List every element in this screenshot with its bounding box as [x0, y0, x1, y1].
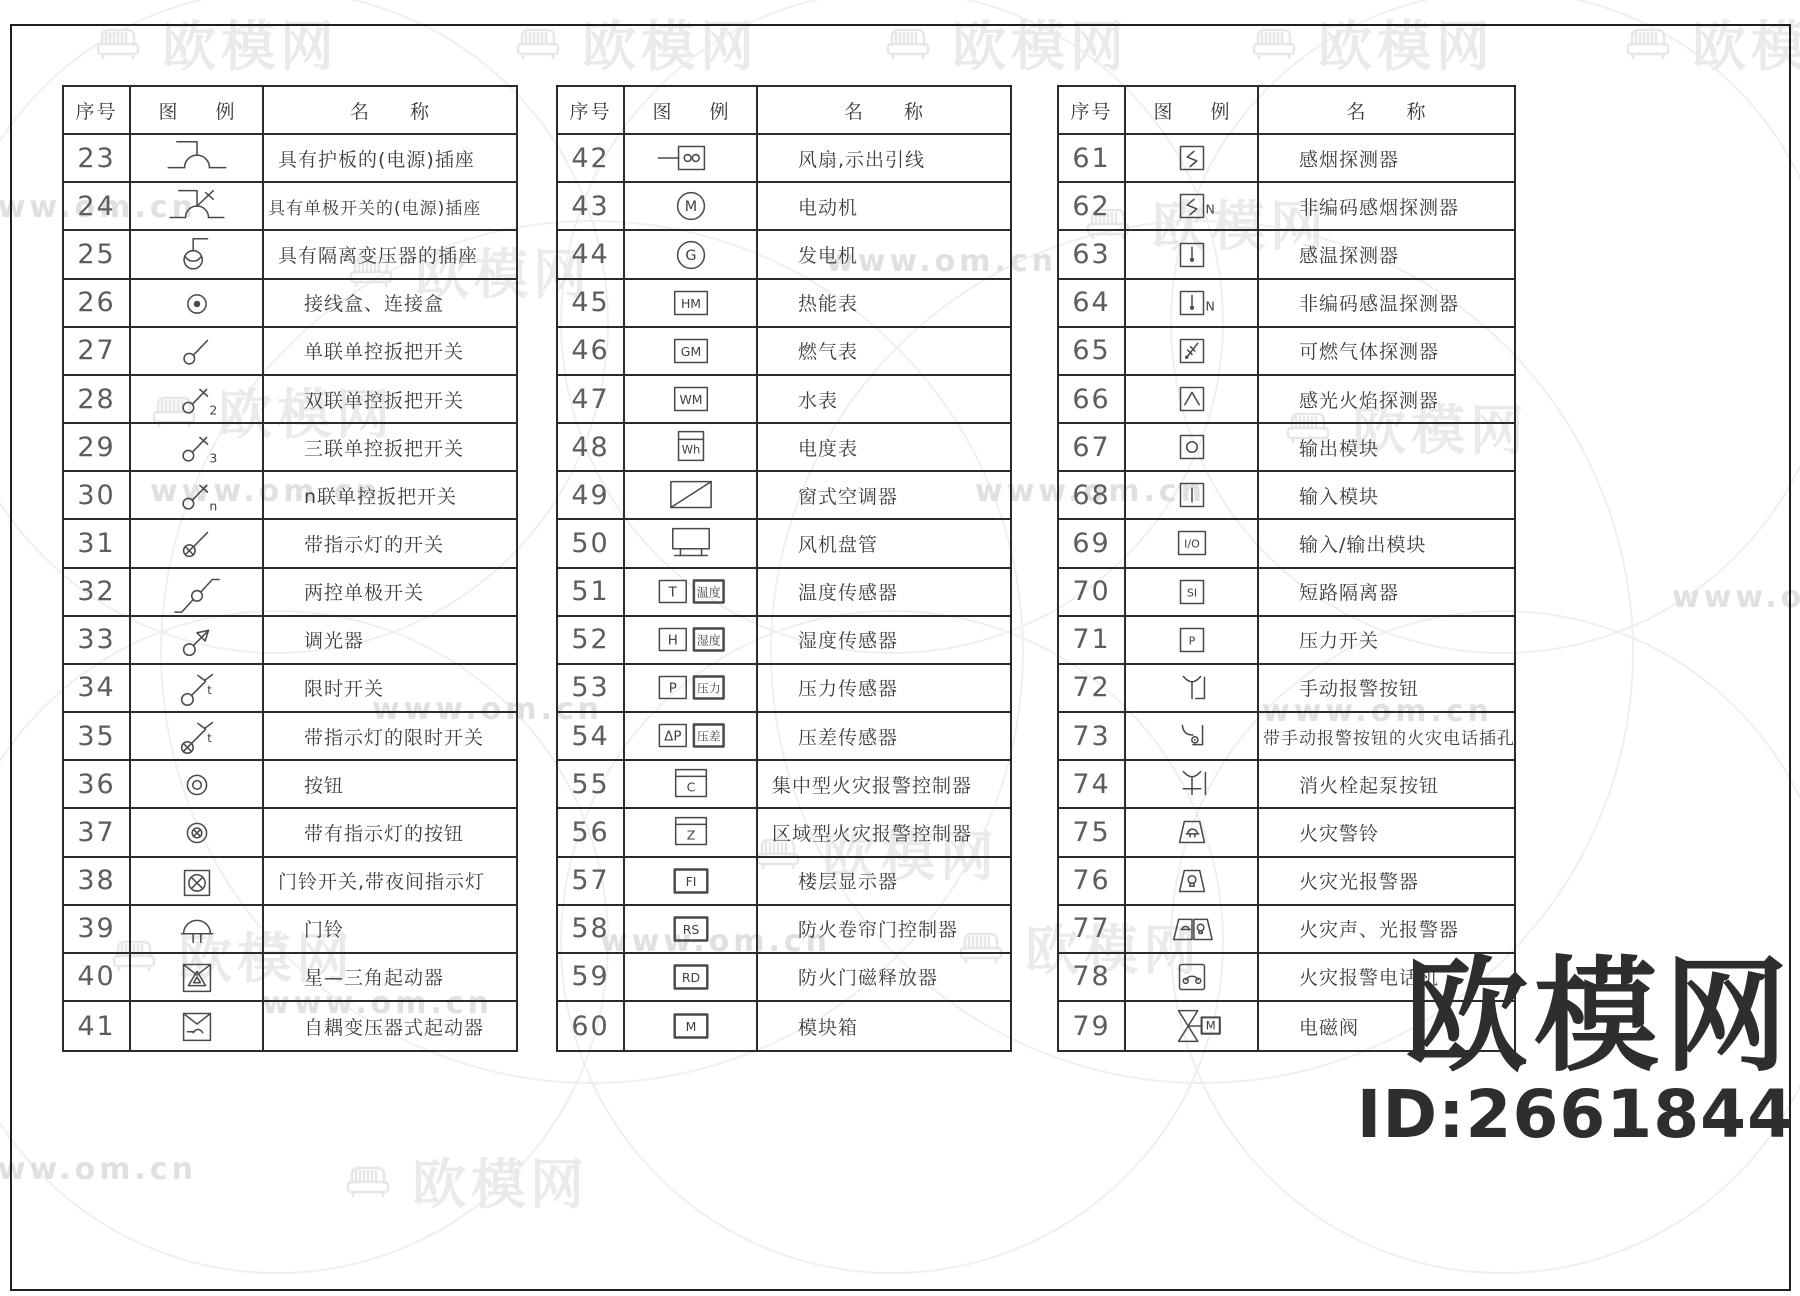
- fire-strobe-icon: [1129, 858, 1255, 904]
- legend-row: 68 输入模块: [1059, 472, 1514, 520]
- name-cell: 带手动报警按钮的火灾电话插孔: [1259, 713, 1515, 761]
- name-cell: 水表: [758, 376, 1010, 424]
- heat-detector-icon: N: [1129, 280, 1255, 326]
- legend-row: 24 具有单极开关的(电源)插座: [64, 183, 516, 231]
- name-cell: 电磁阀: [1259, 1002, 1514, 1050]
- name-cell: 火灾声、光报警器: [1259, 906, 1514, 954]
- row-number: 61: [1059, 135, 1126, 183]
- gas-detector-icon: [1129, 328, 1255, 374]
- row-number: 63: [1059, 231, 1126, 279]
- header-no: 序号: [558, 87, 625, 135]
- name-cell: n联单控扳把开关: [264, 472, 516, 520]
- controller-topbar-icon: Z: [628, 809, 754, 855]
- legend-row: 74 消火栓起泵按钮: [1059, 761, 1514, 809]
- legend-row: 55 C 集中型火灾报警控制器: [558, 761, 1010, 809]
- symbol-cell: N: [1126, 280, 1259, 328]
- legend-row: 32 两控单极开关: [64, 569, 516, 617]
- socket-plate-icon: [134, 135, 260, 181]
- svg-text:M: M: [685, 1019, 696, 1034]
- legend-row: 50 风机盘管: [558, 520, 1010, 568]
- name-cell: 接线盒、连接盒: [264, 280, 516, 328]
- name-cell: 发电机: [758, 231, 1010, 279]
- row-number: 55: [558, 761, 625, 809]
- symbol-cell: [131, 761, 264, 809]
- symbol-cell: [131, 135, 264, 183]
- box-bold-icon: FI: [628, 858, 754, 904]
- row-number: 45: [558, 280, 625, 328]
- symbol-cell: Z: [625, 809, 758, 857]
- row-number: 54: [558, 713, 625, 761]
- symbol-cell: [131, 231, 264, 279]
- name-cell: 限时开关: [264, 665, 516, 713]
- symbol-cell: G: [625, 231, 758, 279]
- symbol-cell: N: [1126, 183, 1259, 231]
- header-name: 名 称: [758, 87, 1010, 135]
- legend-row: 51 T温度 温度传感器: [558, 569, 1010, 617]
- row-number: 51: [558, 569, 625, 617]
- symbol-cell: M: [625, 1002, 758, 1050]
- doorbell-switch-icon: [134, 858, 260, 904]
- row-number: 29: [64, 424, 131, 472]
- name-cell: 调光器: [264, 617, 516, 665]
- svg-text:M: M: [684, 199, 696, 215]
- legend-row: 49 窗式空调器: [558, 472, 1010, 520]
- circle-label-icon: M: [628, 183, 754, 229]
- row-number: 25: [64, 231, 131, 279]
- row-number: 78: [1059, 954, 1126, 1002]
- name-cell: 带有指示灯的按钮: [264, 809, 516, 857]
- row-number: 24: [64, 183, 131, 231]
- symbol-cell: HM: [625, 280, 758, 328]
- legend-row: 63 感温探测器: [1059, 231, 1514, 279]
- name-cell: 压差传感器: [758, 713, 1010, 761]
- legend-row: 34 t 限时开关: [64, 665, 516, 713]
- name-cell: 热能表: [758, 280, 1010, 328]
- name-cell: 三联单控扳把开关: [264, 424, 516, 472]
- socket-switch-icon: [134, 183, 260, 229]
- square-label-icon: P: [1129, 617, 1255, 663]
- symbol-cell: 3: [131, 424, 264, 472]
- symbol-cell: P: [1126, 617, 1259, 665]
- row-number: 43: [558, 183, 625, 231]
- symbol-cell: T温度: [625, 569, 758, 617]
- row-number: 73: [1059, 713, 1126, 761]
- row-number: 57: [558, 858, 625, 906]
- symbol-cell: [1126, 906, 1259, 954]
- name-cell: 压力开关: [1259, 617, 1514, 665]
- name-cell: 感温探测器: [1259, 231, 1514, 279]
- name-cell: 双联单控扳把开关: [264, 376, 516, 424]
- name-cell: 非编码感烟探测器: [1259, 183, 1514, 231]
- row-number: 42: [558, 135, 625, 183]
- row-number: 40: [64, 954, 131, 1002]
- row-number: 71: [1059, 617, 1126, 665]
- symbol-cell: [1126, 713, 1259, 761]
- row-number: 60: [558, 1002, 625, 1050]
- square-label-icon: I/O: [1129, 520, 1255, 566]
- header-symbol: 图 例: [1126, 87, 1259, 135]
- junction-box-icon: [134, 280, 260, 326]
- table-header-row: 序号 图 例 名 称: [1059, 87, 1514, 135]
- smoke-detector-icon: [1129, 135, 1255, 181]
- name-cell: 手动报警按钮: [1259, 665, 1514, 713]
- symbol-cell: [1126, 858, 1259, 906]
- row-number: 75: [1059, 809, 1126, 857]
- symbol-cell: GM: [625, 328, 758, 376]
- symbol-cell: Wh: [625, 424, 758, 472]
- symbol-cell: [1126, 376, 1259, 424]
- push-button-lamp-icon: [134, 809, 260, 855]
- legend-row: 67 输出模块: [1059, 424, 1514, 472]
- svg-text:RD: RD: [681, 970, 699, 985]
- hydrant-pump-button-icon: [1129, 761, 1255, 807]
- row-number: 34: [64, 665, 131, 713]
- switch-multi-icon: 2: [134, 376, 260, 422]
- name-cell: 电度表: [758, 424, 1010, 472]
- row-number: 56: [558, 809, 625, 857]
- legend-row: 61 感烟探测器: [1059, 135, 1514, 183]
- row-number: 37: [64, 809, 131, 857]
- svg-text:2: 2: [209, 402, 217, 417]
- row-number: 44: [558, 231, 625, 279]
- box-bold-icon: M: [628, 1003, 754, 1049]
- doorbell-icon: [134, 906, 260, 952]
- time-switch-icon: t: [134, 665, 260, 711]
- name-cell: 电动机: [758, 183, 1010, 231]
- row-number: 33: [64, 617, 131, 665]
- row-number: 46: [558, 328, 625, 376]
- box-label-icon: GM: [628, 328, 754, 374]
- box-label-icon: HM: [628, 280, 754, 326]
- symbol-cell: [1126, 472, 1259, 520]
- legend-row: 40 星—三角起动器: [64, 954, 516, 1002]
- row-number: 53: [558, 665, 625, 713]
- row-number: 23: [64, 135, 131, 183]
- symbol-cell: [131, 906, 264, 954]
- legend-table-3: 序号 图 例 名 称 61 感烟探测器 62 N 非编码感烟探测器 63 感温探…: [1057, 85, 1516, 1052]
- name-cell: 区域型火灾报警控制器: [758, 809, 1010, 857]
- autotransformer-starter-icon: [134, 1003, 260, 1049]
- legend-row: 43 M 电动机: [558, 183, 1010, 231]
- legend-row: 26 接线盒、连接盒: [64, 280, 516, 328]
- symbol-cell: I/O: [1126, 520, 1259, 568]
- legend-row: 64 N 非编码感温探测器: [1059, 280, 1514, 328]
- svg-text:C: C: [686, 780, 695, 795]
- push-button-icon: [134, 761, 260, 807]
- name-cell: 带指示灯的开关: [264, 520, 516, 568]
- name-cell: 消火栓起泵按钮: [1259, 761, 1514, 809]
- legend-row: 36 按钮: [64, 761, 516, 809]
- symbol-cell: [131, 183, 264, 231]
- name-cell: 火灾光报警器: [1259, 858, 1514, 906]
- legend-row: 30 n n联单控扳把开关: [64, 472, 516, 520]
- legend-row: 70 SI 短路隔离器: [1059, 569, 1514, 617]
- svg-text:3: 3: [209, 451, 217, 466]
- row-number: 67: [1059, 424, 1126, 472]
- name-cell: 具有护板的(电源)插座: [264, 135, 516, 183]
- symbol-cell: [131, 954, 264, 1002]
- svg-text:Wh: Wh: [681, 443, 700, 457]
- sensor-pair-icon: ΔP压差: [628, 713, 754, 759]
- legend-row: 53 P压力 压力传感器: [558, 665, 1010, 713]
- fire-sound-light-icon: [1129, 906, 1255, 952]
- name-cell: 风机盘管: [758, 520, 1010, 568]
- svg-text:Z: Z: [686, 828, 695, 843]
- symbol-cell: [1126, 135, 1259, 183]
- row-number: 79: [1059, 1002, 1126, 1050]
- symbol-cell: [625, 135, 758, 183]
- svg-text:GM: GM: [680, 344, 700, 359]
- name-cell: 可燃气体探测器: [1259, 328, 1514, 376]
- cad-legend-sheet: { "watermark": { "logo_text": "欧模网", "ur…: [0, 0, 1800, 1296]
- svg-text:压差: 压差: [696, 728, 720, 743]
- fire-bell-icon: [1129, 809, 1255, 855]
- legend-row: 78 火灾报警电话机: [1059, 954, 1514, 1002]
- svg-text:ΔP: ΔP: [664, 729, 681, 744]
- svg-text:P: P: [1188, 634, 1195, 647]
- row-number: 49: [558, 472, 625, 520]
- row-number: 69: [1059, 520, 1126, 568]
- legend-row: 79 M 电磁阀: [1059, 1002, 1514, 1050]
- svg-text:P: P: [668, 681, 676, 696]
- symbol-cell: M: [625, 183, 758, 231]
- legend-row: 29 3 三联单控扳把开关: [64, 424, 516, 472]
- symbol-cell: [1126, 328, 1259, 376]
- legend-row: 27 单联单控扳把开关: [64, 328, 516, 376]
- row-number: 36: [64, 761, 131, 809]
- symbol-cell: [1126, 954, 1259, 1002]
- symbol-cell: [131, 1002, 264, 1050]
- sensor-pair-icon: T温度: [628, 569, 754, 615]
- square-label-icon: SI: [1129, 569, 1255, 615]
- symbol-cell: [131, 328, 264, 376]
- header-symbol: 图 例: [131, 87, 264, 135]
- fan-coil-icon: [628, 520, 754, 566]
- row-number: 72: [1059, 665, 1126, 713]
- name-cell: 燃气表: [758, 328, 1010, 376]
- output-module-icon: [1129, 424, 1255, 470]
- row-number: 59: [558, 954, 625, 1002]
- legend-row: 72 手动报警按钮: [1059, 665, 1514, 713]
- legend-row: 38 门铃开关,带夜间指示灯: [64, 858, 516, 906]
- legend-row: 31 带指示灯的开关: [64, 520, 516, 568]
- legend-row: 71 P 压力开关: [1059, 617, 1514, 665]
- legend-row: 28 2 双联单控扳把开关: [64, 376, 516, 424]
- name-cell: 楼层显示器: [758, 858, 1010, 906]
- legend-row: 35 t 带指示灯的限时开关: [64, 713, 516, 761]
- header-no: 序号: [64, 87, 131, 135]
- symbol-cell: [625, 472, 758, 520]
- symbol-cell: H湿度: [625, 617, 758, 665]
- row-number: 50: [558, 520, 625, 568]
- legend-row: 62 N 非编码感烟探测器: [1059, 183, 1514, 231]
- row-number: 65: [1059, 328, 1126, 376]
- svg-text:I/O: I/O: [1184, 538, 1200, 551]
- legend-row: 57 FI 楼层显示器: [558, 858, 1010, 906]
- name-cell: 带指示灯的限时开关: [264, 713, 516, 761]
- legend-table-2: 序号 图 例 名 称 42 风扇,示出引线 43 M 电动机 44 G 发电机 …: [556, 85, 1012, 1052]
- name-cell: 输入模块: [1259, 472, 1514, 520]
- row-number: 58: [558, 906, 625, 954]
- name-cell: 具有隔离变压器的插座: [264, 231, 516, 279]
- header-symbol: 图 例: [625, 87, 758, 135]
- flame-detector-icon: [1129, 376, 1255, 422]
- circle-label-icon: G: [628, 232, 754, 278]
- name-cell: 风扇,示出引线: [758, 135, 1010, 183]
- symbol-cell: n: [131, 472, 264, 520]
- box-label-icon: WM: [628, 376, 754, 422]
- box-bold-icon: RS: [628, 906, 754, 952]
- row-number: 35: [64, 713, 131, 761]
- name-cell: 感光火焰探测器: [1259, 376, 1514, 424]
- legend-row: 65 可燃气体探测器: [1059, 328, 1514, 376]
- symbol-cell: C: [625, 761, 758, 809]
- symbol-cell: [1126, 231, 1259, 279]
- input-module-icon: [1129, 472, 1255, 518]
- symbol-cell: FI: [625, 858, 758, 906]
- legend-row: 42 风扇,示出引线: [558, 135, 1010, 183]
- svg-text:N: N: [1205, 298, 1214, 313]
- legend-row: 25 具有隔离变压器的插座: [64, 231, 516, 279]
- legend-row: 41 自耦变压器式起动器: [64, 1002, 516, 1050]
- row-number: 74: [1059, 761, 1126, 809]
- symbol-cell: 2: [131, 376, 264, 424]
- name-cell: 短路隔离器: [1259, 569, 1514, 617]
- header-name: 名 称: [1259, 87, 1514, 135]
- legend-row: 73 带手动报警按钮的火灾电话插孔: [1059, 713, 1514, 761]
- sensor-pair-icon: H湿度: [628, 617, 754, 663]
- symbol-cell: [131, 520, 264, 568]
- row-number: 64: [1059, 280, 1126, 328]
- svg-text:湿度: 湿度: [696, 632, 720, 647]
- svg-text:t: t: [207, 683, 212, 697]
- legend-row: 48 Wh 电度表: [558, 424, 1010, 472]
- svg-text:HM: HM: [680, 295, 700, 310]
- legend-row: 56 Z 区域型火灾报警控制器: [558, 809, 1010, 857]
- name-cell: 防火卷帘门控制器: [758, 906, 1010, 954]
- legend-row: 69 I/O 输入/输出模块: [1059, 520, 1514, 568]
- name-cell: 输出模块: [1259, 424, 1514, 472]
- solenoid-valve-icon: M: [1129, 1003, 1255, 1049]
- two-way-switch-icon: [134, 569, 260, 615]
- time-lamp-switch-icon: t: [134, 713, 260, 759]
- dimmer-icon: [134, 617, 260, 663]
- symbol-cell: RS: [625, 906, 758, 954]
- legend-row: 77 火灾声、光报警器: [1059, 906, 1514, 954]
- row-number: 52: [558, 617, 625, 665]
- table-header-row: 序号 图 例 名 称: [558, 87, 1010, 135]
- row-number: 48: [558, 424, 625, 472]
- smoke-detector-icon: N: [1129, 183, 1255, 229]
- name-cell: 非编码感温探测器: [1259, 280, 1514, 328]
- legend-row: 66 感光火焰探测器: [1059, 376, 1514, 424]
- symbol-cell: [131, 569, 264, 617]
- header-name: 名 称: [264, 87, 516, 135]
- fire-phone-icon: [1129, 954, 1255, 1000]
- legend-row: 47 WM 水表: [558, 376, 1010, 424]
- name-cell: 集中型火灾报警控制器: [758, 761, 1010, 809]
- legend-row: 46 GM 燃气表: [558, 328, 1010, 376]
- symbol-cell: M: [1126, 1002, 1259, 1050]
- manual-alarm-button-icon: [1129, 665, 1255, 711]
- symbol-cell: SI: [1126, 569, 1259, 617]
- row-number: 68: [1059, 472, 1126, 520]
- switch-multi-icon: 3: [134, 424, 260, 470]
- name-cell: 压力传感器: [758, 665, 1010, 713]
- svg-text:G: G: [685, 247, 696, 263]
- name-cell: 湿度传感器: [758, 617, 1010, 665]
- legend-row: 60 M 模块箱: [558, 1002, 1010, 1050]
- row-number: 66: [1059, 376, 1126, 424]
- svg-text:WM: WM: [679, 392, 702, 407]
- row-number: 30: [64, 472, 131, 520]
- legend-row: 59 RD 防火门磁释放器: [558, 954, 1010, 1002]
- svg-text:M: M: [1205, 1018, 1215, 1032]
- name-cell: 防火门磁释放器: [758, 954, 1010, 1002]
- wh-meter-icon: Wh: [628, 424, 754, 470]
- sensor-pair-icon: P压力: [628, 665, 754, 711]
- switch-lamp-icon: [134, 520, 260, 566]
- svg-text:n: n: [209, 499, 217, 514]
- header-no: 序号: [1059, 87, 1126, 135]
- box-bold-icon: RD: [628, 954, 754, 1000]
- name-cell: 单联单控扳把开关: [264, 328, 516, 376]
- symbol-cell: P压力: [625, 665, 758, 713]
- symbol-cell: [1126, 809, 1259, 857]
- name-cell: 模块箱: [758, 1002, 1010, 1050]
- svg-text:N: N: [1205, 202, 1214, 217]
- symbol-cell: RD: [625, 954, 758, 1002]
- legend-row: 39 门铃: [64, 906, 516, 954]
- symbol-cell: [625, 520, 758, 568]
- name-cell: 火灾警铃: [1259, 809, 1514, 857]
- row-number: 41: [64, 1002, 131, 1050]
- svg-text:压力: 压力: [696, 680, 720, 695]
- row-number: 38: [64, 858, 131, 906]
- legend-row: 23 具有护板的(电源)插座: [64, 135, 516, 183]
- name-cell: 温度传感器: [758, 569, 1010, 617]
- name-cell: 感烟探测器: [1259, 135, 1514, 183]
- svg-text:T: T: [667, 585, 677, 600]
- symbol-cell: [131, 280, 264, 328]
- name-cell: 输入/输出模块: [1259, 520, 1514, 568]
- legend-row: 44 G 发电机: [558, 231, 1010, 279]
- legend-row: 33 调光器: [64, 617, 516, 665]
- star-delta-starter-icon: [134, 954, 260, 1000]
- fan-lead-icon: [628, 135, 754, 181]
- svg-text:t: t: [207, 731, 212, 745]
- switch-single-icon: [134, 328, 260, 374]
- name-cell: 按钮: [264, 761, 516, 809]
- legend-row: 75 火灾警铃: [1059, 809, 1514, 857]
- name-cell: 火灾报警电话机: [1259, 954, 1514, 1002]
- legend-row: 52 H湿度 湿度传感器: [558, 617, 1010, 665]
- name-cell: 具有单极开关的(电源)插座: [264, 183, 516, 231]
- row-number: 28: [64, 376, 131, 424]
- svg-text:温度: 温度: [696, 584, 720, 599]
- name-cell: 门铃开关,带夜间指示灯: [264, 858, 516, 906]
- row-number: 62: [1059, 183, 1126, 231]
- row-number: 77: [1059, 906, 1126, 954]
- symbol-cell: WM: [625, 376, 758, 424]
- svg-text:FI: FI: [685, 873, 696, 888]
- row-number: 39: [64, 906, 131, 954]
- row-number: 76: [1059, 858, 1126, 906]
- symbol-cell: [1126, 761, 1259, 809]
- row-number: 31: [64, 520, 131, 568]
- controller-topbar-icon: C: [628, 761, 754, 807]
- legend-row: 54 ΔP压差 压差传感器: [558, 713, 1010, 761]
